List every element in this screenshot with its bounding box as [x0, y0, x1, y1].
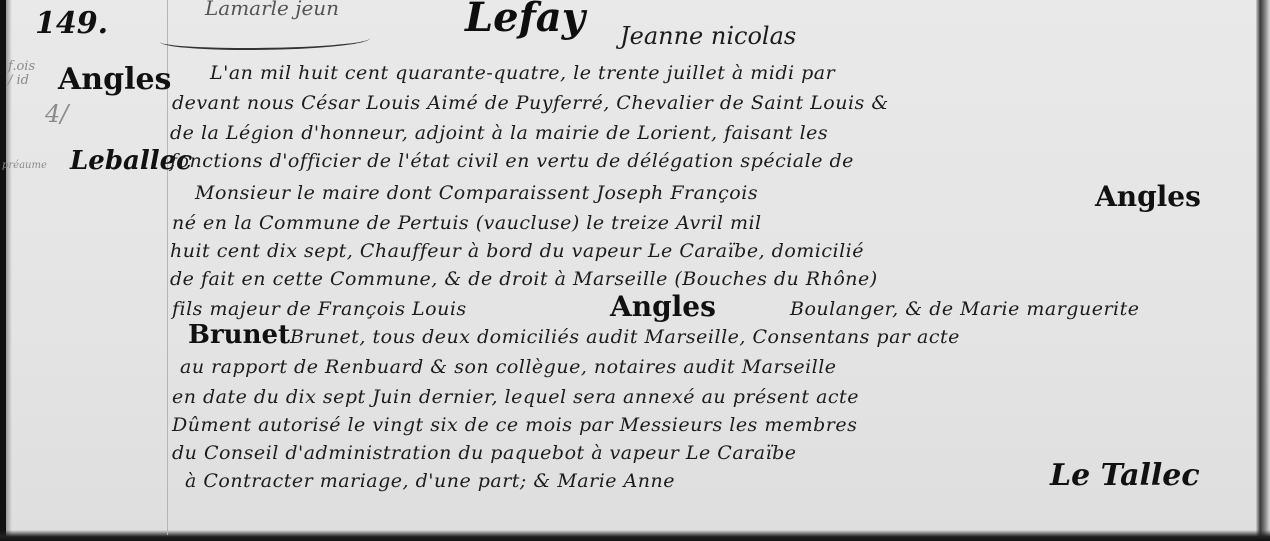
- scan-bottom-edge: [0, 530, 1270, 541]
- body-line-13: Dûment autorisé le vingt six de ce mois …: [172, 414, 857, 436]
- document-page: 149. Lamarle jeun Lefay Jeanne nicolas f…: [0, 0, 1270, 541]
- mother-surname: Brunet: [188, 320, 290, 350]
- body-line-9: fils majeur de François Louis: [172, 298, 467, 320]
- margin-number: 4/: [45, 100, 68, 128]
- body-line-7: huit cent dix sept, Chauffeur à bord du …: [170, 240, 864, 262]
- father-surname-inline: Angles: [610, 290, 716, 323]
- body-line-15: à Contracter mariage, d'une part; & Mari…: [185, 470, 675, 492]
- body-line-1: L'an mil huit cent quarante-quatre, le t…: [210, 62, 835, 84]
- body-line-5: Monsieur le maire dont Comparaissent Jos…: [195, 182, 758, 204]
- margin-abbrev: f.ois / id: [8, 60, 34, 88]
- body-line-2: devant nous César Louis Aimé de Puyferré…: [172, 92, 889, 114]
- body-line-14: du Conseil d'administration du paquebot …: [172, 442, 797, 464]
- body-line-8: de fait en cette Commune, & de droit à M…: [170, 268, 878, 290]
- body-line-4: fonctions d'officier de l'état civil en …: [170, 150, 854, 172]
- father-occupation: Boulanger, & de Marie marguerite: [790, 298, 1140, 320]
- groom-surname-inline: Angles: [1095, 180, 1201, 213]
- scan-right-edge: [1256, 0, 1270, 541]
- bride-surname-inline: Le Tallec: [1050, 458, 1200, 493]
- signature-flourish: [160, 30, 370, 50]
- body-line-12: en date du dix sept Juin dernier, lequel…: [172, 386, 859, 408]
- margin-bride-label: préaume: [2, 160, 47, 171]
- body-line-10: Brunet, tous deux domiciliés audit Marse…: [290, 326, 960, 348]
- body-line-6: né en la Commune de Pertuis (vaucluse) l…: [172, 212, 762, 234]
- signature-right: Jeanne nicolas: [620, 22, 796, 50]
- signature-left: Lamarle jeun: [205, 0, 339, 20]
- body-line-11: au rapport de Renbuard & son collègue, n…: [180, 356, 837, 378]
- margin-groom-surname: Angles: [58, 62, 171, 97]
- act-number: 149.: [35, 6, 108, 41]
- signature-middle: Lefay: [465, 0, 585, 41]
- body-line-3: de la Légion d'honneur, adjoint à la mai…: [170, 122, 828, 144]
